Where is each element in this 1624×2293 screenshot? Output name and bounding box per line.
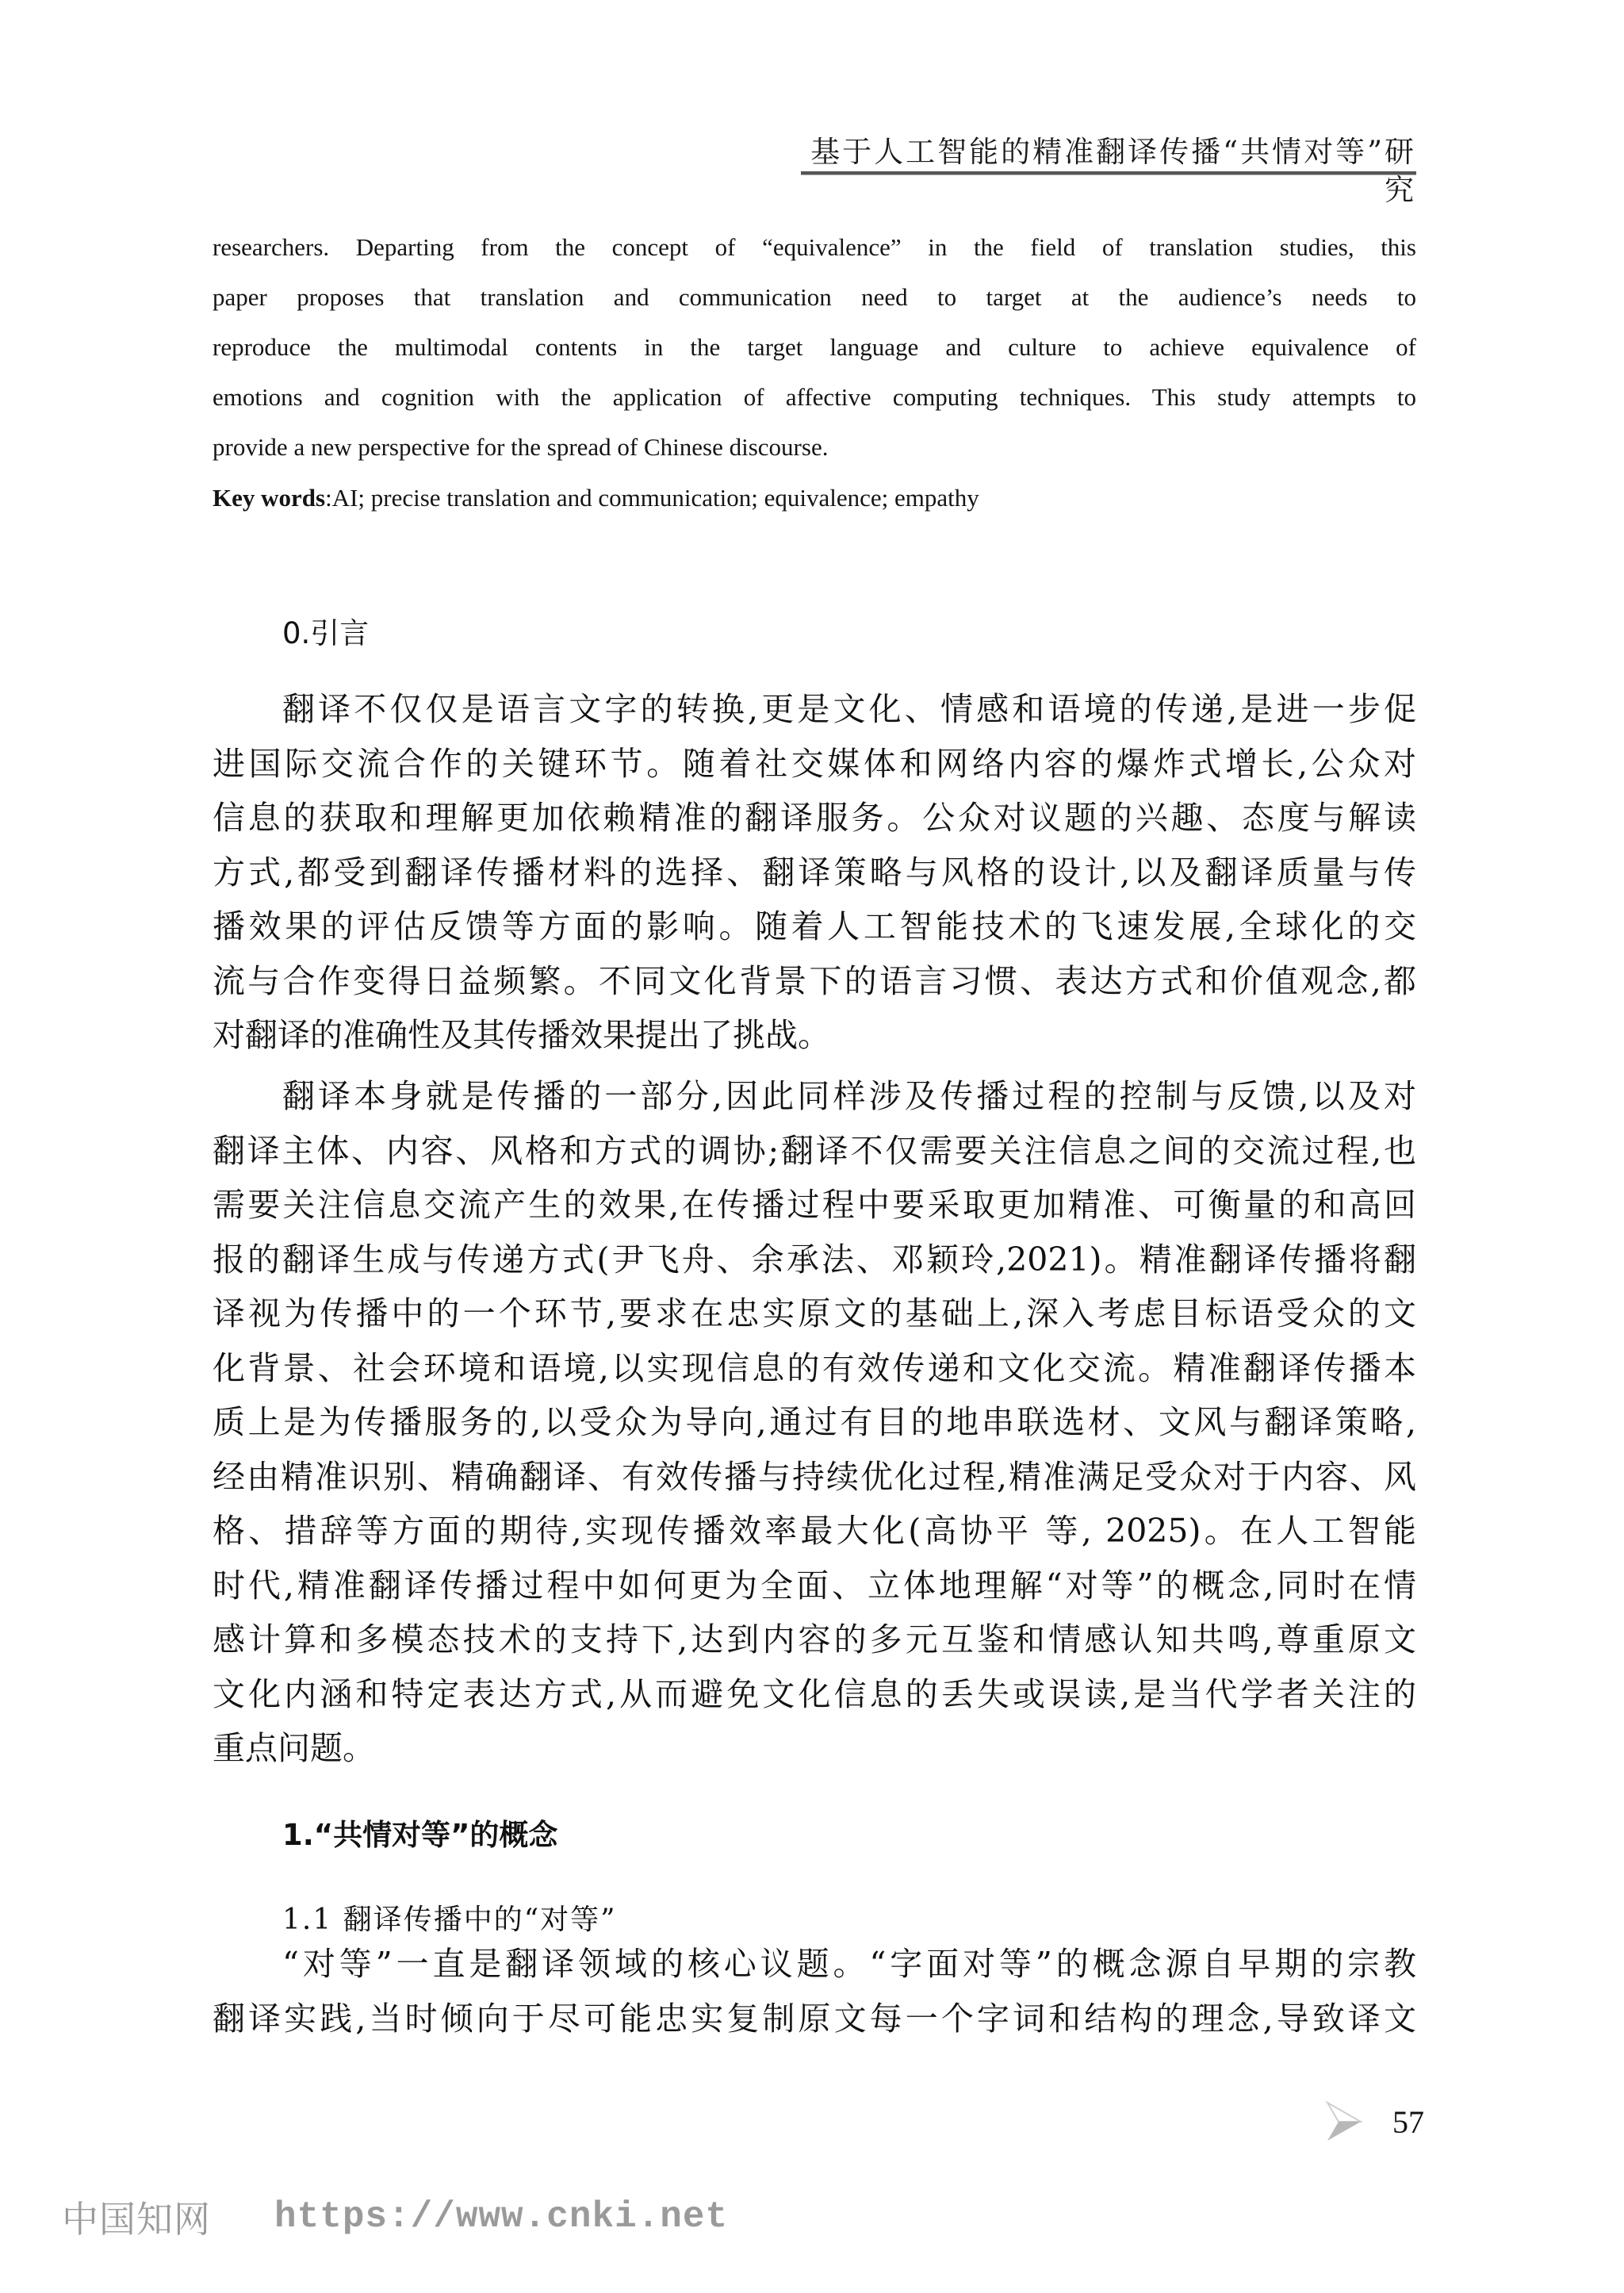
paragraph-line: 翻译不仅仅是语言文字的转换,更是文化、情感和语境的传递,是进一步促 xyxy=(213,682,1416,737)
section-1-1-paragraph: “对等”一直是翻译领域的核心议题。“字面对等”的概念源自早期的宗教 翻译实践,当… xyxy=(213,1937,1416,2046)
section-heading-intro: 0.引言 xyxy=(282,609,369,652)
watermark-site-name: 中国知网 xyxy=(62,2191,211,2243)
paragraph-line: 流与合作变得日益频繁。不同文化背景下的语言习惯、表达方式和价值观念,都 xyxy=(213,954,1416,1009)
intro-paragraph-1: 翻译不仅仅是语言文字的转换,更是文化、情感和语境的传递,是进一步促 进国际交流合… xyxy=(213,682,1416,1063)
abstract-line: paper proposes that translation and comm… xyxy=(213,272,1416,322)
abstract-line: reproduce the multimodal contents in the… xyxy=(213,322,1416,372)
keywords: Key words:AI; precise translation and co… xyxy=(213,473,979,523)
paragraph-line: 质上是为传播服务的,以受众为导向,通过有目的地串联选材、文风与翻译策略, xyxy=(213,1395,1416,1450)
subsection-heading-1-1: 1.1 翻译传播中的“对等” xyxy=(282,1897,617,1938)
keywords-label: Key words xyxy=(213,484,325,512)
paragraph-line: 方式,都受到翻译传播材料的选择、翻译策略与风格的设计,以及翻译质量与传 xyxy=(213,845,1416,900)
paragraph-line: 翻译本身就是传播的一部分,因此同样涉及传播过程的控制与反馈,以及对 xyxy=(213,1069,1416,1124)
paragraph-line: 需要关注信息交流产生的效果,在传播过程中要采取更加精准、可衡量的和高回 xyxy=(213,1178,1416,1233)
intro-paragraph-2: 翻译本身就是传播的一部分,因此同样涉及传播过程的控制与反馈,以及对 翻译主体、内… xyxy=(213,1069,1416,1776)
paragraph-line: 进国际交流合作的关键环节。随着社交媒体和网络内容的爆炸式增长,公众对 xyxy=(213,737,1416,792)
paragraph-line: 感计算和多模态技术的支持下,达到内容的多元互鉴和情感认知共鸣,尊重原文 xyxy=(213,1612,1416,1667)
keywords-separator: : xyxy=(325,484,332,512)
paragraph-line: 报的翻译生成与传递方式(尹飞舟、余承法、邓颖玲,2021)。精准翻译传播将翻 xyxy=(213,1233,1416,1287)
paragraph-line: 译视为传播中的一个环节,要求在忠实原文的基础上,深入考虑目标语受众的文 xyxy=(213,1286,1416,1341)
paragraph-line: 格、措辞等方面的期待,实现传播效率最大化(高协平 等, 2025)。在人工智能 xyxy=(213,1504,1416,1559)
paragraph-line: 播效果的评估反馈等方面的影响。随着人工智能技术的飞速发展,全球化的交 xyxy=(213,899,1416,954)
paragraph-line: “对等”一直是翻译领域的核心议题。“字面对等”的概念源自早期的宗教 xyxy=(213,1937,1416,1992)
header-rule xyxy=(801,171,1416,175)
abstract-line: provide a new perspective for the spread… xyxy=(213,422,1416,472)
watermark-url: https://www.cnki.net xyxy=(274,2196,728,2237)
paragraph-line: 化背景、社会环境和语境,以实现信息的有效传递和文化交流。精准翻译传播本 xyxy=(213,1341,1416,1396)
abstract-line: emotions and cognition with the applicat… xyxy=(213,372,1416,422)
page-number: 57 xyxy=(1392,2103,1424,2141)
paragraph-line: 信息的获取和理解更加依赖精准的翻译服务。公众对议题的兴趣、态度与解读 xyxy=(213,791,1416,845)
page-footer: 57 xyxy=(1326,2098,1424,2145)
abstract-line: researchers. Departing from the concept … xyxy=(213,222,1416,272)
keywords-text: AI; precise translation and communicatio… xyxy=(332,484,979,512)
section-heading-1: 1.“共情对等”的概念 xyxy=(282,1811,557,1854)
paragraph-line: 重点问题。 xyxy=(213,1721,1416,1776)
paragraph-line: 文化内涵和特定表达方式,从而避免文化信息的丢失或误读,是当代学者关注的 xyxy=(213,1667,1416,1722)
paragraph-line: 翻译主体、内容、风格和方式的调协;翻译不仅需要关注信息之间的交流过程,也 xyxy=(213,1124,1416,1179)
paragraph-line: 翻译实践,当时倾向于尽可能忠实复制原文每一个字词和结构的理念,导致译文 xyxy=(213,1992,1416,2046)
cnki-watermark: 中国知网 https://www.cnki.net xyxy=(62,2191,728,2243)
english-abstract: researchers. Departing from the concept … xyxy=(213,222,1416,472)
arrow-right-icon xyxy=(1326,2101,1362,2142)
paragraph-line: 经由精准识别、精确翻译、有效传播与持续优化过程,精准满足受众对于内容、风 xyxy=(213,1450,1416,1505)
paragraph-line: 对翻译的准确性及其传播效果提出了挑战。 xyxy=(213,1008,1416,1063)
paragraph-line: 时代,精准翻译传播过程中如何更为全面、立体地理解“对等”的概念,同时在情 xyxy=(213,1559,1416,1613)
